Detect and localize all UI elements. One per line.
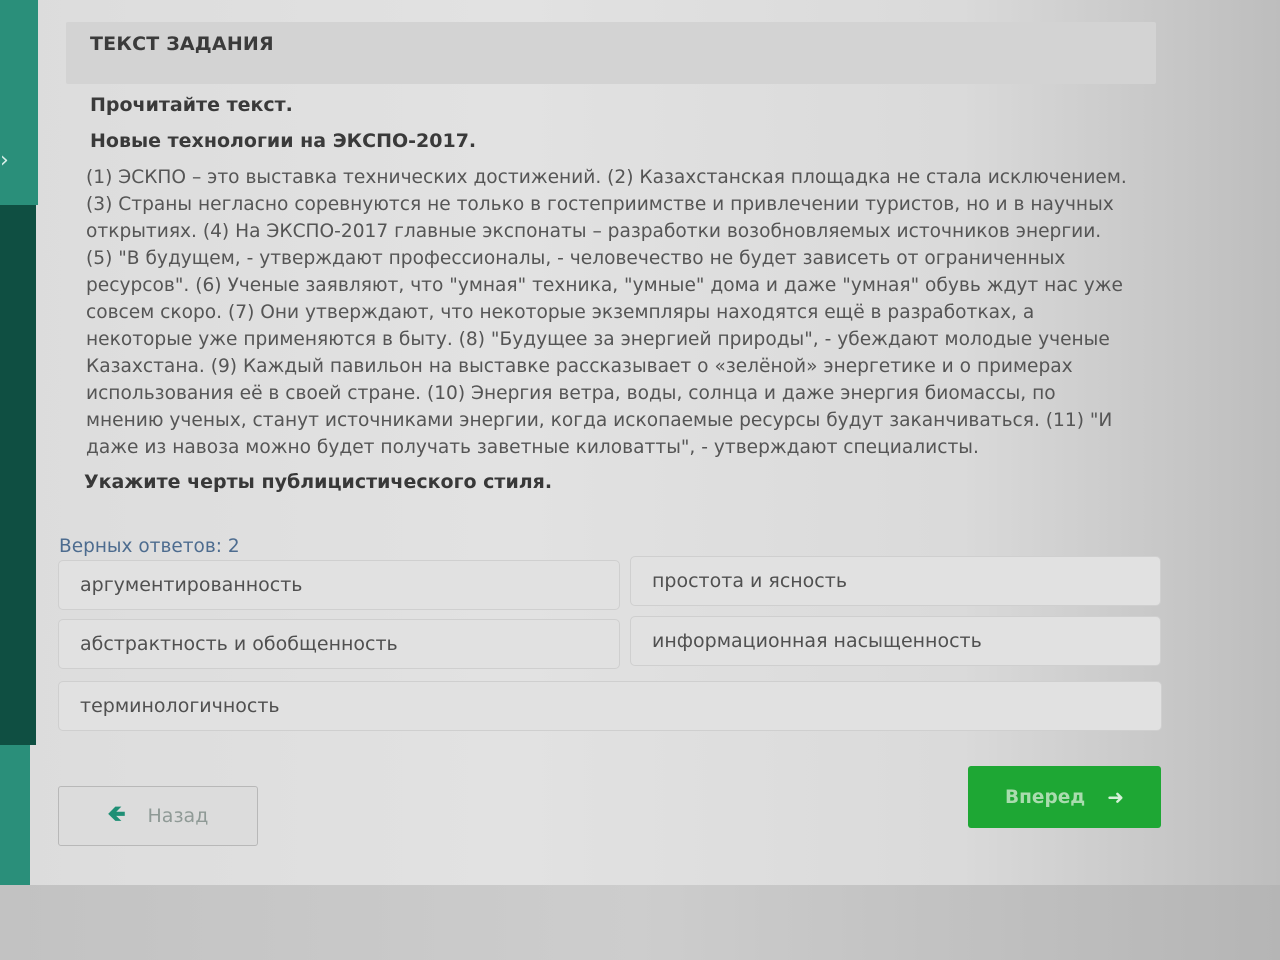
arrow-left-icon: 🡸 [108,797,126,835]
text-title: Новые технологии на ЭКСПО-2017. [90,130,1134,152]
reading-passage: (1) ЭСКПО – это выставка технических дос… [84,164,1129,461]
arrow-right-icon: ➜ [1107,785,1124,809]
next-button-label: Вперед [1005,787,1085,808]
question-prompt: Укажите черты публицистического стиля. [84,471,1134,493]
answer-option-label: простота и ясность [652,570,847,592]
answer-option[interactable]: абстрактность и обобщенность [58,619,620,669]
task-header-title: ТЕКСТ ЗАДАНИЯ [90,33,274,55]
answer-option-label: аргументированность [80,574,303,596]
task-content: Прочитайте текст. Новые технологии на ЭК… [84,92,1134,493]
answer-option[interactable]: терминологичность [58,681,1162,731]
answer-option[interactable]: информационная насыщенность [630,616,1161,666]
answer-option-label: терминологичность [80,695,280,717]
task-instruction: Прочитайте текст. [90,94,1134,116]
back-button-label: Назад [148,805,209,827]
screen: › ТЕКСТ ЗАДАНИЯ Прочитайте текст. Новые … [0,0,1280,960]
answer-option[interactable]: простота и ясность [630,556,1161,606]
sidebar-top [0,0,38,205]
answer-option-label: абстрактность и обобщенность [80,633,398,655]
sidebar-middle [0,205,36,745]
answer-option-label: информационная насыщенность [652,630,982,652]
sidebar-bottom [0,745,30,885]
task-header: ТЕКСТ ЗАДАНИЯ [66,22,1156,84]
back-button[interactable]: 🡸 Назад [58,786,258,846]
correct-answers-count: Верных ответов: 2 [59,536,240,557]
answer-option[interactable]: аргументированность [58,560,620,610]
chevron-icon[interactable]: › [0,150,9,172]
screen-bottom-bezel [0,885,1280,960]
next-button[interactable]: Вперед ➜ [968,766,1161,828]
sidebar-edge: › [0,0,38,885]
